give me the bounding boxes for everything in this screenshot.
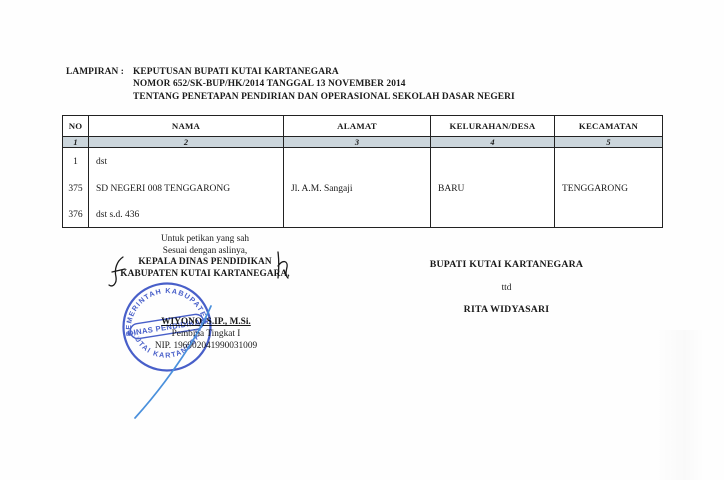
- table-cell: 376: [63, 202, 89, 227]
- scan-artifact: [656, 330, 704, 480]
- decree-title-line: KEPUTUSAN BUPATI KUTAI KARTANEGARA: [133, 66, 515, 78]
- table-cell: 375: [63, 175, 89, 202]
- col-header-kelurahan: KELURAHAN/DESA: [431, 116, 555, 137]
- col-header-no: NO: [63, 116, 89, 137]
- lampiran-label: LAMPIRAN :: [66, 66, 124, 103]
- col-header-kecamatan: KECAMATAN: [555, 116, 662, 137]
- table-cell: dst s.d. 436: [89, 202, 284, 227]
- school-table: NO NAMA ALAMAT KELURAHAN/DESA KECAMATAN …: [62, 115, 663, 228]
- attestation-line: Untuk petikan yang sah: [112, 234, 298, 246]
- table-cell: Jl. A.M. Sangaji: [284, 175, 431, 202]
- bupati-title: BUPATI KUTAI KARTANEGARA: [400, 259, 613, 271]
- col-number: 3: [284, 137, 431, 148]
- decree-subject-line: TENTANG PENETAPAN PENDIRIAN DAN OPERASIO…: [133, 91, 515, 103]
- ttd-label: ttd: [400, 282, 613, 294]
- col-number: 4: [431, 137, 555, 148]
- decree-number-line: NOMOR 652/SK-BUP/HK/2014 TANGGAL 13 NOVE…: [133, 78, 515, 90]
- scanned-document-page: LAMPIRAN : KEPUTUSAN BUPATI KUTAI KARTAN…: [0, 0, 724, 480]
- lampiran-content: KEPUTUSAN BUPATI KUTAI KARTANEGARA NOMOR…: [133, 66, 515, 103]
- attestation-office: KEPALA DINAS PENDIDIKAN: [112, 257, 298, 269]
- table-cell: [284, 202, 431, 227]
- table-cell: dst: [89, 148, 284, 175]
- table-cell: [431, 202, 555, 227]
- table-cell: 1: [63, 148, 89, 175]
- col-number: 1: [63, 137, 89, 148]
- bupati-name: RITA WIDYASARI: [400, 304, 613, 316]
- col-header-alamat: ALAMAT: [284, 116, 431, 137]
- table-cell: TENGGARONG: [555, 175, 662, 202]
- table-cell: BARU: [431, 175, 555, 202]
- table-cell: [431, 148, 555, 175]
- col-header-nama: NAMA: [89, 116, 284, 137]
- table-cell: [284, 148, 431, 175]
- table-cell: [555, 148, 662, 175]
- attestation-line: Sesuai dengan aslinya,: [112, 246, 298, 258]
- table-cell: SD NEGERI 008 TENGGARONG: [89, 175, 284, 202]
- handwritten-paraph-right-icon: [274, 250, 292, 282]
- col-number: 2: [89, 137, 284, 148]
- bupati-block: BUPATI KUTAI KARTANEGARA ttd RITA WIDYAS…: [400, 259, 613, 316]
- signature-pen-stroke-icon: [125, 298, 220, 423]
- document-header: LAMPIRAN : KEPUTUSAN BUPATI KUTAI KARTAN…: [66, 66, 515, 103]
- col-number: 5: [555, 137, 662, 148]
- table-cell: [555, 202, 662, 227]
